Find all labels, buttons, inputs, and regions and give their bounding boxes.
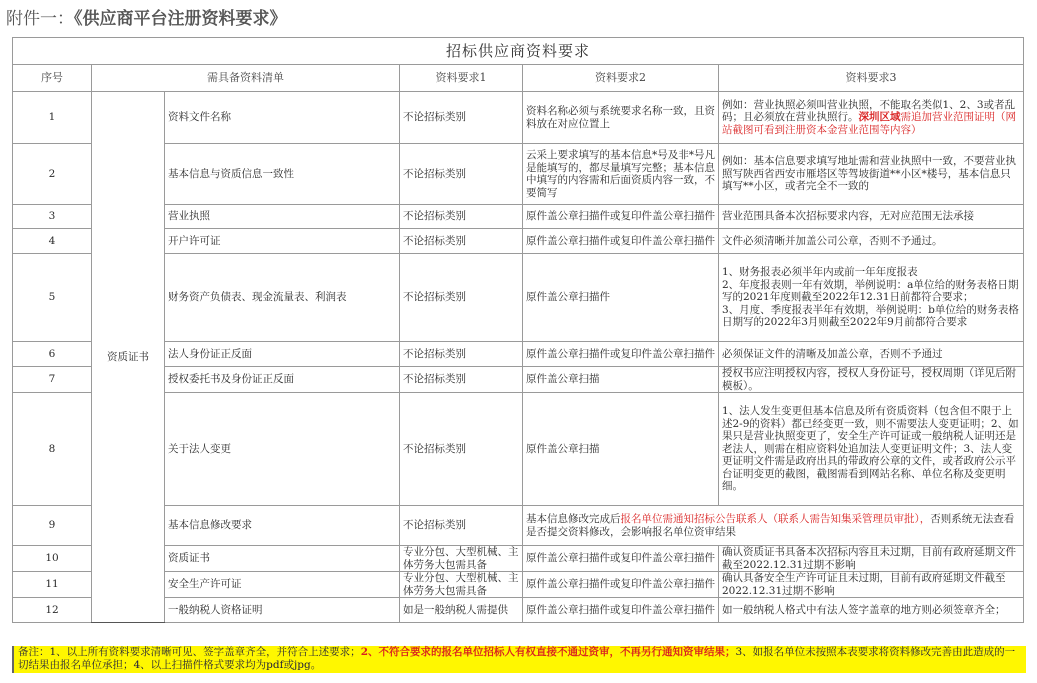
row-number: 6 [13,342,92,367]
table-row: 9 基本信息修改要求 不论招标类别 基本信息修改完成后报名单位需通知招标公告联系… [13,506,1024,546]
req2-cell: 云采上要求填写的基本信息*号及非*号凡是能填写的，都尽量填写完整；基本信息中填写… [523,144,719,205]
row-number: 8 [13,393,92,506]
req3-cell: 授权书应注明授权内容，授权人身份证号，授权周期（详见后附模板）。 [719,367,1024,393]
req3-cell: 如一般纳税人格式中有法人签字盖章的地方则必须签章齐全； [719,598,1024,623]
req2-cell: 资料名称必须与系统要求名称一致，且资料放在对应位置上 [523,92,719,144]
item-name: 财务资产负债表、现金流量表、利润表 [165,254,400,342]
req2-cell: 原件盖公章扫描件或复印件盖公章扫描件 [523,229,719,254]
req1-cell: 专业分包、大型机械、主体劳务大包需具备 [400,546,523,572]
req1-cell: 不论招标类别 [400,393,523,506]
req3-cell: 1、财务报表必须半年内或前一年年度报表 2、年度报表则一年有效期，举例说明：a单… [719,254,1024,342]
req1-cell: 如是一般纳税人需提供 [400,598,523,623]
req1-cell: 不论招标类别 [400,506,523,546]
header-req1: 资料要求1 [400,65,523,92]
item-name: 基本信息修改要求 [165,506,400,546]
req3-line: 2、年度报表则一年有效期，举例说明：a单位给的财务表格日期写的2021年度则截至… [722,279,1020,304]
req1-cell: 不论招标类别 [400,342,523,367]
item-name: 资料文件名称 [165,92,400,144]
table-row: 8 关于法人变更 不论招标类别 原件盖公章扫描 1、法人发生变更但基本信息及所有… [13,393,1024,506]
req2-cell: 原件盖公章扫描件或复印件盖公章扫描件 [523,546,719,572]
table-header-row: 序号 需具备资料清单 资料要求1 资料要求2 资料要求3 [13,65,1024,92]
req23-merged-cell: 基本信息修改完成后报名单位需通知招标公告联系人（联系人需告知集采管理员审批），否… [523,506,1024,546]
req2-cell: 原件盖公章扫描件或复印件盖公章扫描件 [523,572,719,598]
req1-cell: 不论招标类别 [400,205,523,229]
req23-red-text: 报名单位需通知招标公告联系人（联系人需告知集采管理员审批）， [621,513,931,525]
req1-cell: 不论招标类别 [400,254,523,342]
table-row: 6 法人身份证正反面 不论招标类别 原件盖公章扫描件或复印件盖公章扫描件 必须保… [13,342,1024,367]
req3-cell: 1、法人发生变更但基本信息及所有资质资料（包含但不限于上述2-9的资料）都已经变… [719,393,1024,506]
req3-red-bold-text: 深圳区域 [859,111,901,123]
table-caption: 招标供应商资料要求 [13,38,1024,65]
row-number: 9 [13,506,92,546]
req3-line: 3、月度、季度报表半年有效期，举例说明：b单位给的财务表格日期写的2022年3月… [722,304,1020,329]
header-req3: 资料要求3 [719,65,1024,92]
item-name: 基本信息与资质信息一致性 [165,144,400,205]
req1-cell: 不论招标类别 [400,144,523,205]
row-number: 5 [13,254,92,342]
table-row: 3 营业执照 不论招标类别 原件盖公章扫描件或复印件盖公章扫描件 营业范围具备本… [13,205,1024,229]
req2-cell: 原件盖公章扫描件 [523,254,719,342]
table-row: 4 开户许可证 不论招标类别 原件盖公章扫描件或复印件盖公章扫描件 文件必须清晰… [13,229,1024,254]
req3-cell: 必须保证文件的清晰及加盖公章，否则不予通过 [719,342,1024,367]
req2-cell: 原件盖公章扫描件或复印件盖公章扫描件 [523,205,719,229]
table-row: 11 安全生产许可证 专业分包、大型机械、主体劳务大包需具备 原件盖公章扫描件或… [13,572,1024,598]
note-text: 备注：1、以上所有资料要求清晰可见、签字盖章齐全，并符合上述要求； [18,646,361,658]
req1-cell: 不论招标类别 [400,92,523,144]
req3-cell: 例如：营业执照必须叫营业执照，不能取名类似1、2、3或者乱码；且必须放在营业执照… [719,92,1024,144]
req2-cell: 原件盖公章扫描件或复印件盖公章扫描件 [523,342,719,367]
item-name: 营业执照 [165,205,400,229]
row-number: 4 [13,229,92,254]
title-prefix: 附件一： [6,9,74,29]
header-item: 需具备资料清单 [92,65,400,92]
table-caption-row: 招标供应商资料要求 [13,38,1024,65]
header-req2: 资料要求2 [523,65,719,92]
category-cell: 资质证书 [92,92,165,623]
row-number: 3 [13,205,92,229]
document-title: 附件一：《供应商平台注册资料要求》 [6,6,287,32]
table-row: 2 基本信息与资质信息一致性 不论招标类别 云采上要求填写的基本信息*号及非*号… [13,144,1024,205]
row-number: 11 [13,572,92,598]
item-name: 法人身份证正反面 [165,342,400,367]
remarks-note: 备注：1、以上所有资料要求清晰可见、签字盖章齐全，并符合上述要求；2、不符合要求… [12,646,1026,673]
item-name: 授权委托书及身份证正反面 [165,367,400,393]
row-number: 1 [13,92,92,144]
header-no: 序号 [13,65,92,92]
req1-cell: 不论招标类别 [400,229,523,254]
table-row: 5 财务资产负债表、现金流量表、利润表 不论招标类别 原件盖公章扫描件 1、财务… [13,254,1024,342]
item-name: 一般纳税人资格证明 [165,598,400,623]
row-number: 2 [13,144,92,205]
req23-text: 基本信息修改完成后 [526,513,621,525]
row-number: 10 [13,546,92,572]
item-name: 安全生产许可证 [165,572,400,598]
item-name: 开户许可证 [165,229,400,254]
requirements-table: 招标供应商资料要求 序号 需具备资料清单 资料要求1 资料要求2 资料要求3 1… [12,37,1024,623]
req1-cell: 不论招标类别 [400,367,523,393]
table-row: 10 资质证书 专业分包、大型机械、主体劳务大包需具备 原件盖公章扫描件或复印件… [13,546,1024,572]
table-row: 1 资质证书 资料文件名称 不论招标类别 资料名称必须与系统要求名称一致，且资料… [13,92,1024,144]
req2-cell: 原件盖公章扫描件或复印件盖公章扫描件 [523,598,719,623]
req3-cell: 文件必须清晰并加盖公司公章，否则不予通过。 [719,229,1024,254]
req3-line: 1、财务报表必须半年内或前一年年度报表 [722,266,1020,279]
req3-cell: 例如：基本信息要求填写地址需和营业执照中一致，不要营业执照写陕西省西安市雁塔区等… [719,144,1024,205]
item-name: 资质证书 [165,546,400,572]
item-name: 关于法人变更 [165,393,400,506]
req2-cell: 原件盖公章扫描 [523,367,719,393]
row-number: 12 [13,598,92,623]
table-row: 7 授权委托书及身份证正反面 不论招标类别 原件盖公章扫描 授权书应注明授权内容… [13,367,1024,393]
req3-cell: 确认具备安全生产许可证且未过期，目前有政府延期文件截至2022.12.31过期不… [719,572,1024,598]
table-row: 12 一般纳税人资格证明 如是一般纳税人需提供 原件盖公章扫描件或复印件盖公章扫… [13,598,1024,623]
note-red-text: 2、不符合要求的报名单位招标人有权直接不通过资审，不再另行通知资审结果； [361,646,736,658]
req2-cell: 原件盖公章扫描 [523,393,719,506]
title-main: 《供应商平台注册资料要求》 [74,9,287,29]
req3-cell: 营业范围具备本次招标要求内容，无对应范围无法承接 [719,205,1024,229]
row-number: 7 [13,367,92,393]
req1-cell: 专业分包、大型机械、主体劳务大包需具备 [400,572,523,598]
req3-cell: 确认资质证书具备本次招标内容且未过期，目前有政府延期文件截至2022.12.31… [719,546,1024,572]
